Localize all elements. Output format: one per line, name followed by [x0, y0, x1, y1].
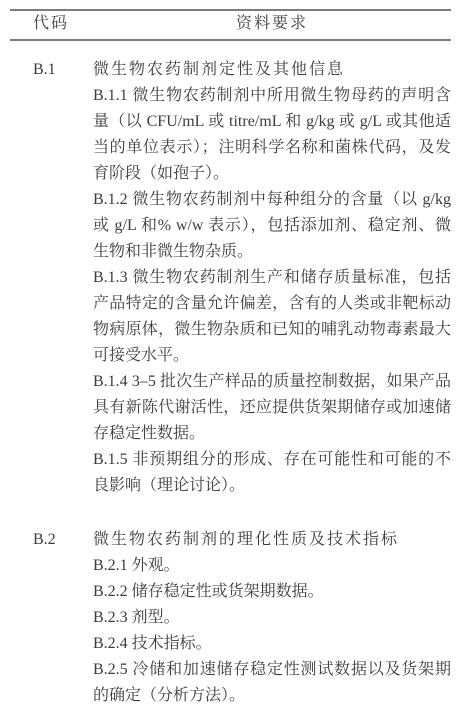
section-content: 微生物农药制剂定性及其他信息 B.1.1 微生物农药制剂中所用微生物母药的声明含… [93, 57, 451, 499]
section-b1: B.1 微生物农药制剂定性及其他信息 B.1.1 微生物农药制剂中所用微生物母药… [33, 57, 451, 499]
requirement-item: B.1.4 3–5 批次生产样品的质量控制数据，如果产品具有新陈代谢活性，还应提… [93, 369, 451, 447]
section-title: 微生物农药制剂定性及其他信息 [93, 57, 451, 83]
column-header-code: 代码 [33, 13, 93, 35]
requirement-item: B.1.5 非预期组分的形成、存在可能性和可能的不良影响（理论讨论）。 [93, 447, 451, 499]
requirement-item: B.1.2 微生物农药制剂中每种组分的含量（以 g/kg 或 g/L 和% w/… [93, 187, 451, 265]
section-code: B.2 [33, 527, 93, 553]
table-header-row: 代码 资料要求 [33, 13, 451, 35]
requirement-item: B.2.5 冷储和加速储存稳定性测试数据以及货架期的确定（分析方法）。 [93, 657, 451, 709]
section-content: 微生物农药制剂的理化性质及技术指标 B.2.1 外观。 B.2.2 储存稳定性或… [93, 527, 451, 709]
section-code: B.1 [33, 57, 93, 83]
table-body: B.1 微生物农药制剂定性及其他信息 B.1.1 微生物农药制剂中所用微生物母药… [33, 57, 451, 709]
requirement-item: B.2.1 外观。 [93, 553, 451, 579]
column-header-requirement: 资料要求 [93, 13, 451, 35]
section-title: 微生物农药制剂的理化性质及技术指标 [93, 527, 451, 553]
requirement-item: B.2.4 技术指标。 [93, 631, 451, 657]
requirement-item: B.2.2 储存稳定性或货架期数据。 [93, 579, 451, 605]
header-divider [10, 39, 451, 41]
section-b2: B.2 微生物农药制剂的理化性质及技术指标 B.2.1 外观。 B.2.2 储存… [33, 527, 451, 709]
document-page: 代码 资料要求 B.1 微生物农药制剂定性及其他信息 B.1.1 微生物农药制剂… [0, 0, 470, 721]
requirement-item: B.1.1 微生物农药制剂中所用微生物母药的声明含量（以 CFU/mL 或 ti… [93, 83, 451, 187]
table-top-border [10, 9, 451, 11]
requirement-item: B.1.3 微生物农药制剂生产和储存质量标准，包括产品特定的含量允许偏差，含有的… [93, 265, 451, 369]
requirement-item: B.2.3 剂型。 [93, 605, 451, 631]
